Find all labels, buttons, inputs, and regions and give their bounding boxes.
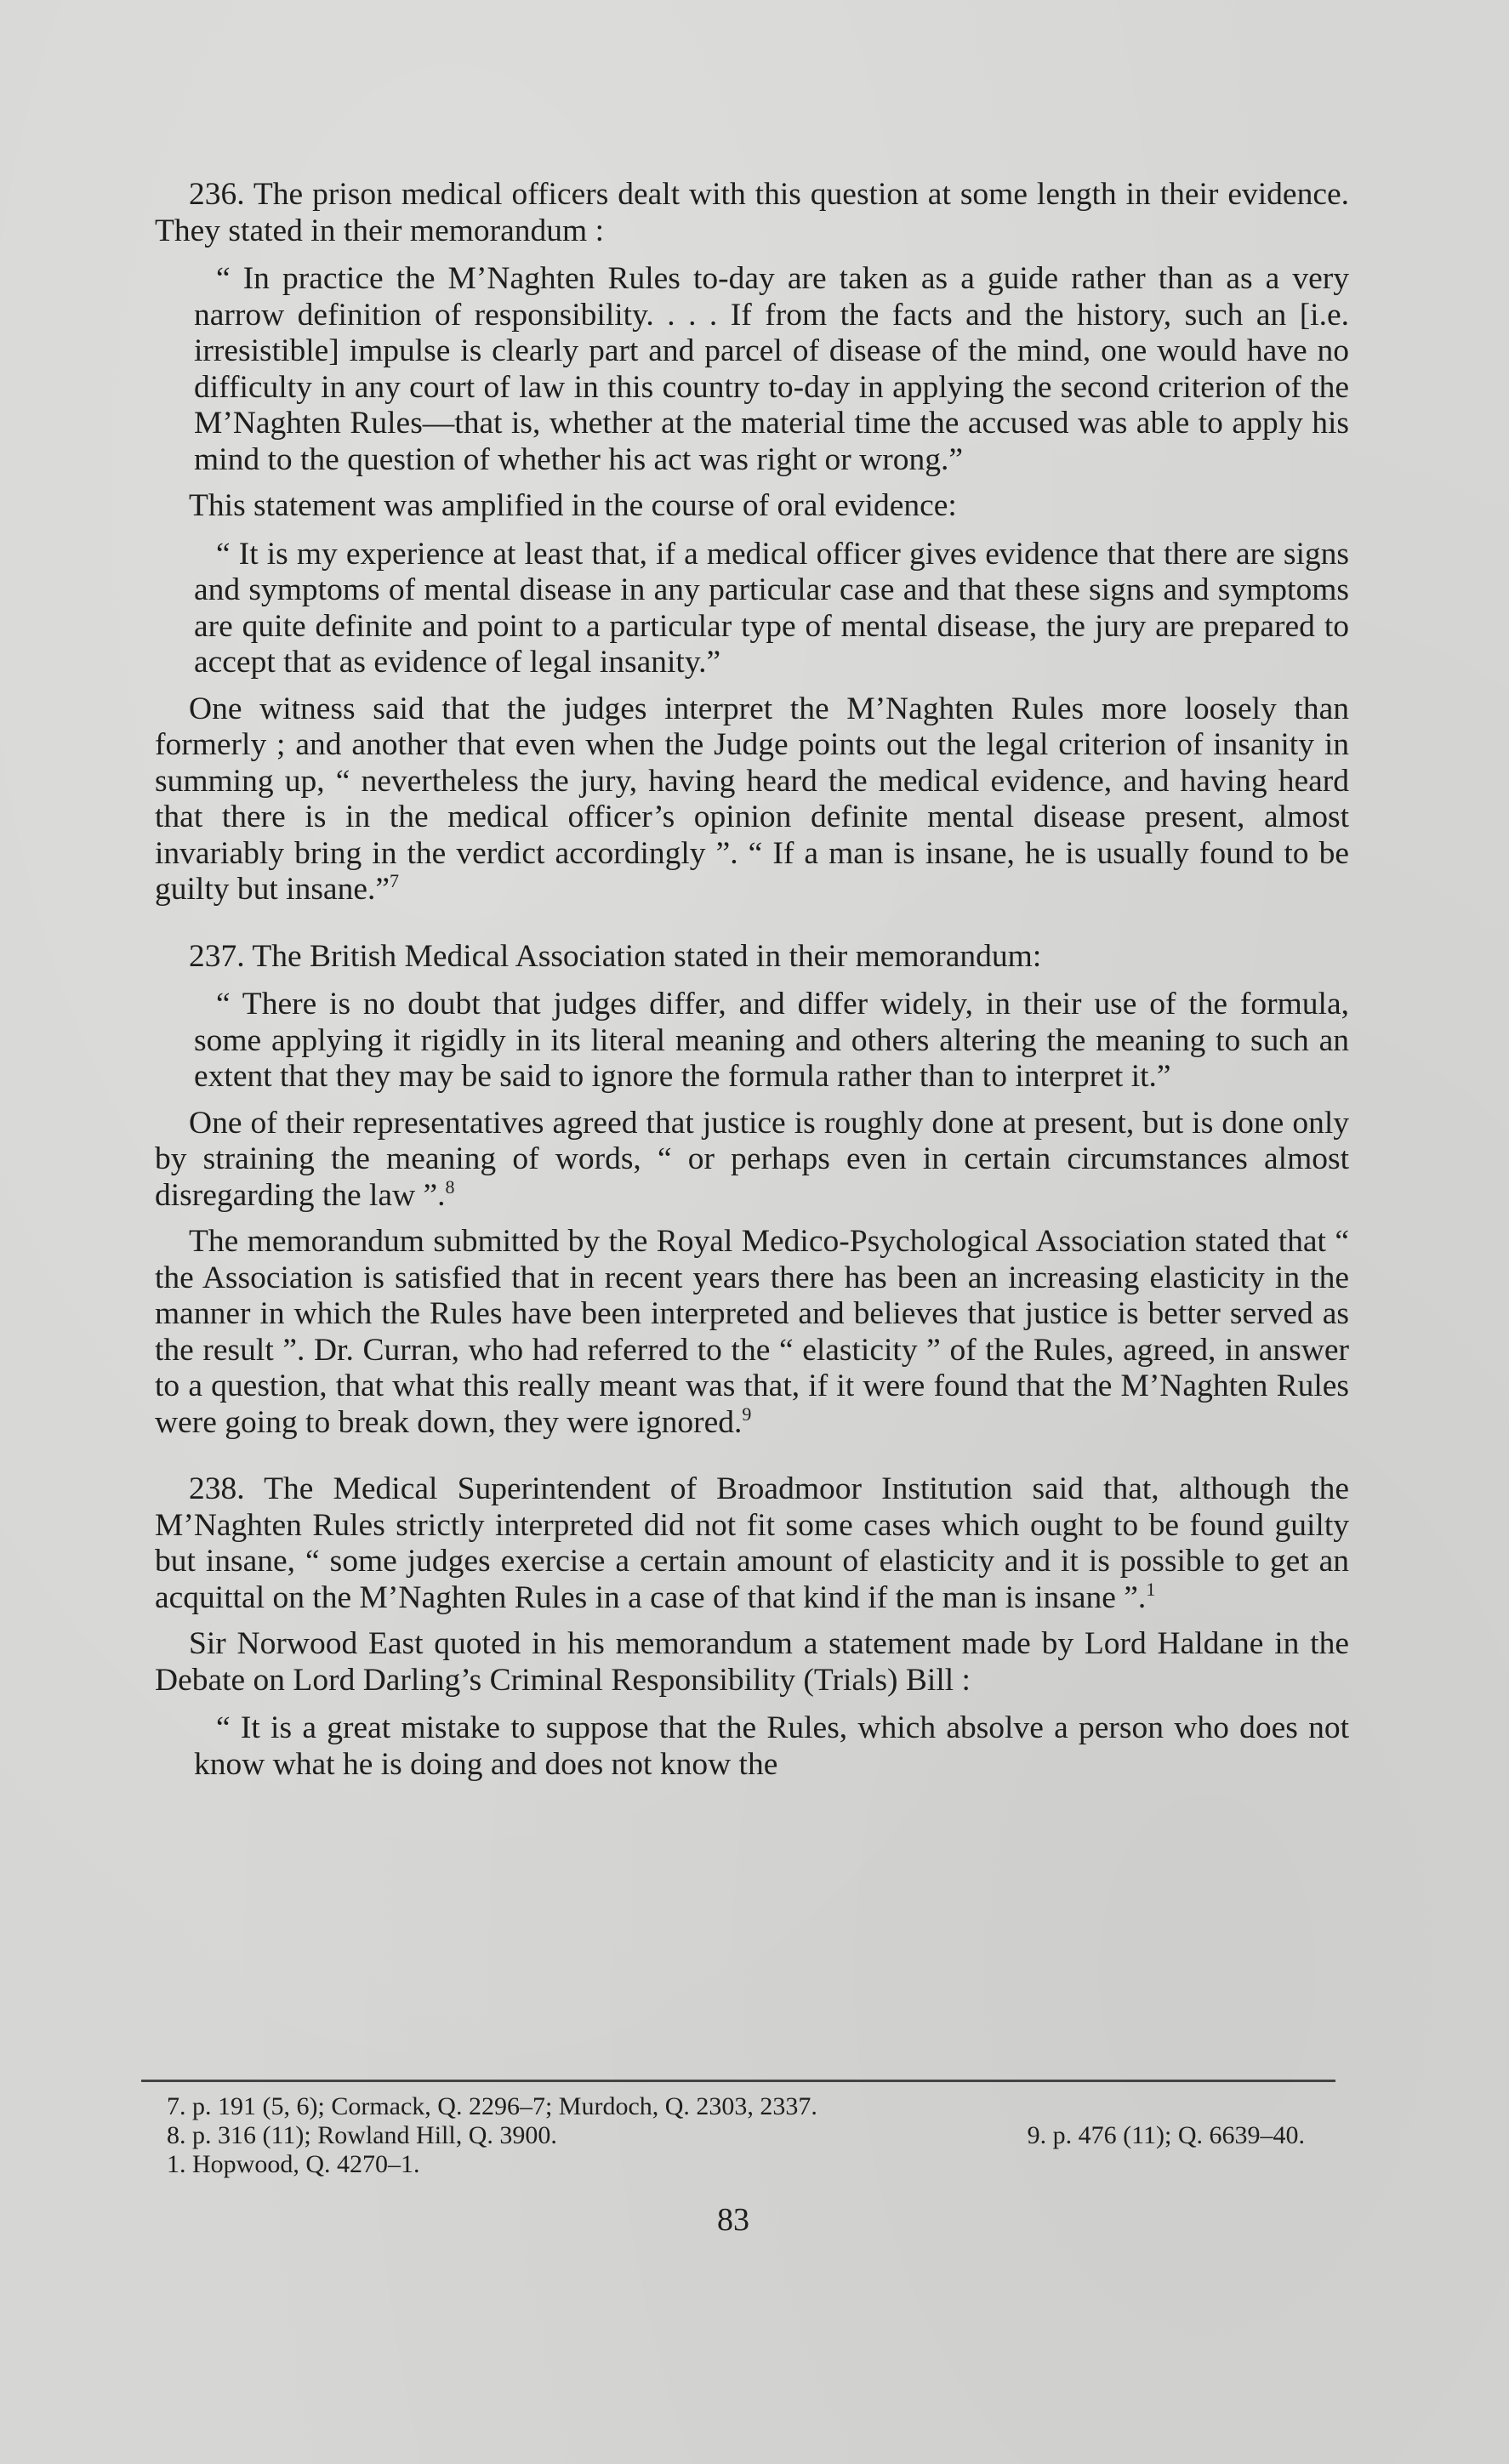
paragraph-237-representatives-text: One of their representatives agreed that… (155, 1106, 1349, 1213)
footnote-8: 8. p. 316 (11); Rowland Hill, Q. 3900. (167, 2121, 557, 2150)
footnote-9: 9. p. 476 (11); Q. 6639–40. (1028, 2121, 1305, 2150)
paragraph-237-representatives: One of their representatives agreed that… (155, 1106, 1349, 1215)
footnote-ref-7: 7 (390, 870, 399, 891)
paragraph-237-rmpa: The memorandum submitted by the Royal Me… (155, 1224, 1349, 1441)
page-number: 83 (717, 2203, 749, 2237)
paragraph-236-intro: 236. The prison medical officers dealt w… (155, 177, 1349, 249)
footnote-ref-8: 8 (446, 1176, 455, 1198)
paragraph-236-witness-text: One witness said that the judges interpr… (155, 691, 1349, 908)
paragraph-237-intro: 237. The British Medical Association sta… (155, 939, 1349, 976)
quote-oral-evidence: “ It is my experience at least that, if … (194, 537, 1349, 681)
paragraph-238-broadmoor-text: 238. The Medical Superintendent of Broad… (155, 1471, 1349, 1615)
quote-prison-medical-officers: “ In practice the M’Naghten Rules to-day… (194, 261, 1349, 478)
paragraph-238-norwood-east: Sir Norwood East quoted in his memorandu… (155, 1626, 1349, 1699)
footnote-row: 8. p. 316 (11); Rowland Hill, Q. 3900. 9… (167, 2121, 1341, 2150)
footnote-row: 1. Hopwood, Q. 4270–1. (167, 2150, 1341, 2179)
page-body: 236. The prison medical officers dealt w… (155, 177, 1349, 1783)
quote-british-medical-association: “ There is no doubt that judges differ, … (194, 987, 1349, 1095)
footnote-divider (141, 2080, 1335, 2082)
footnotes: 7. p. 191 (5, 6); Cormack, Q. 2296–7; Mu… (167, 2092, 1341, 2179)
paragraph-236-amplified: This statement was amplified in the cour… (155, 488, 1349, 525)
paragraph-236-witness: One witness said that the judges interpr… (155, 691, 1349, 908)
quote-lord-haldane: “ It is a great mistake to suppose that … (194, 1710, 1349, 1783)
footnote-ref-9: 9 (742, 1403, 751, 1425)
footnote-7: 7. p. 191 (5, 6); Cormack, Q. 2296–7; Mu… (167, 2092, 817, 2121)
paragraph-238-broadmoor: 238. The Medical Superintendent of Broad… (155, 1471, 1349, 1616)
footnote-row: 7. p. 191 (5, 6); Cormack, Q. 2296–7; Mu… (167, 2092, 1341, 2121)
paragraph-237-rmpa-text: The memorandum submitted by the Royal Me… (155, 1224, 1349, 1440)
footnote-1: 1. Hopwood, Q. 4270–1. (167, 2150, 420, 2179)
footnote-ref-1: 1 (1146, 1579, 1155, 1600)
